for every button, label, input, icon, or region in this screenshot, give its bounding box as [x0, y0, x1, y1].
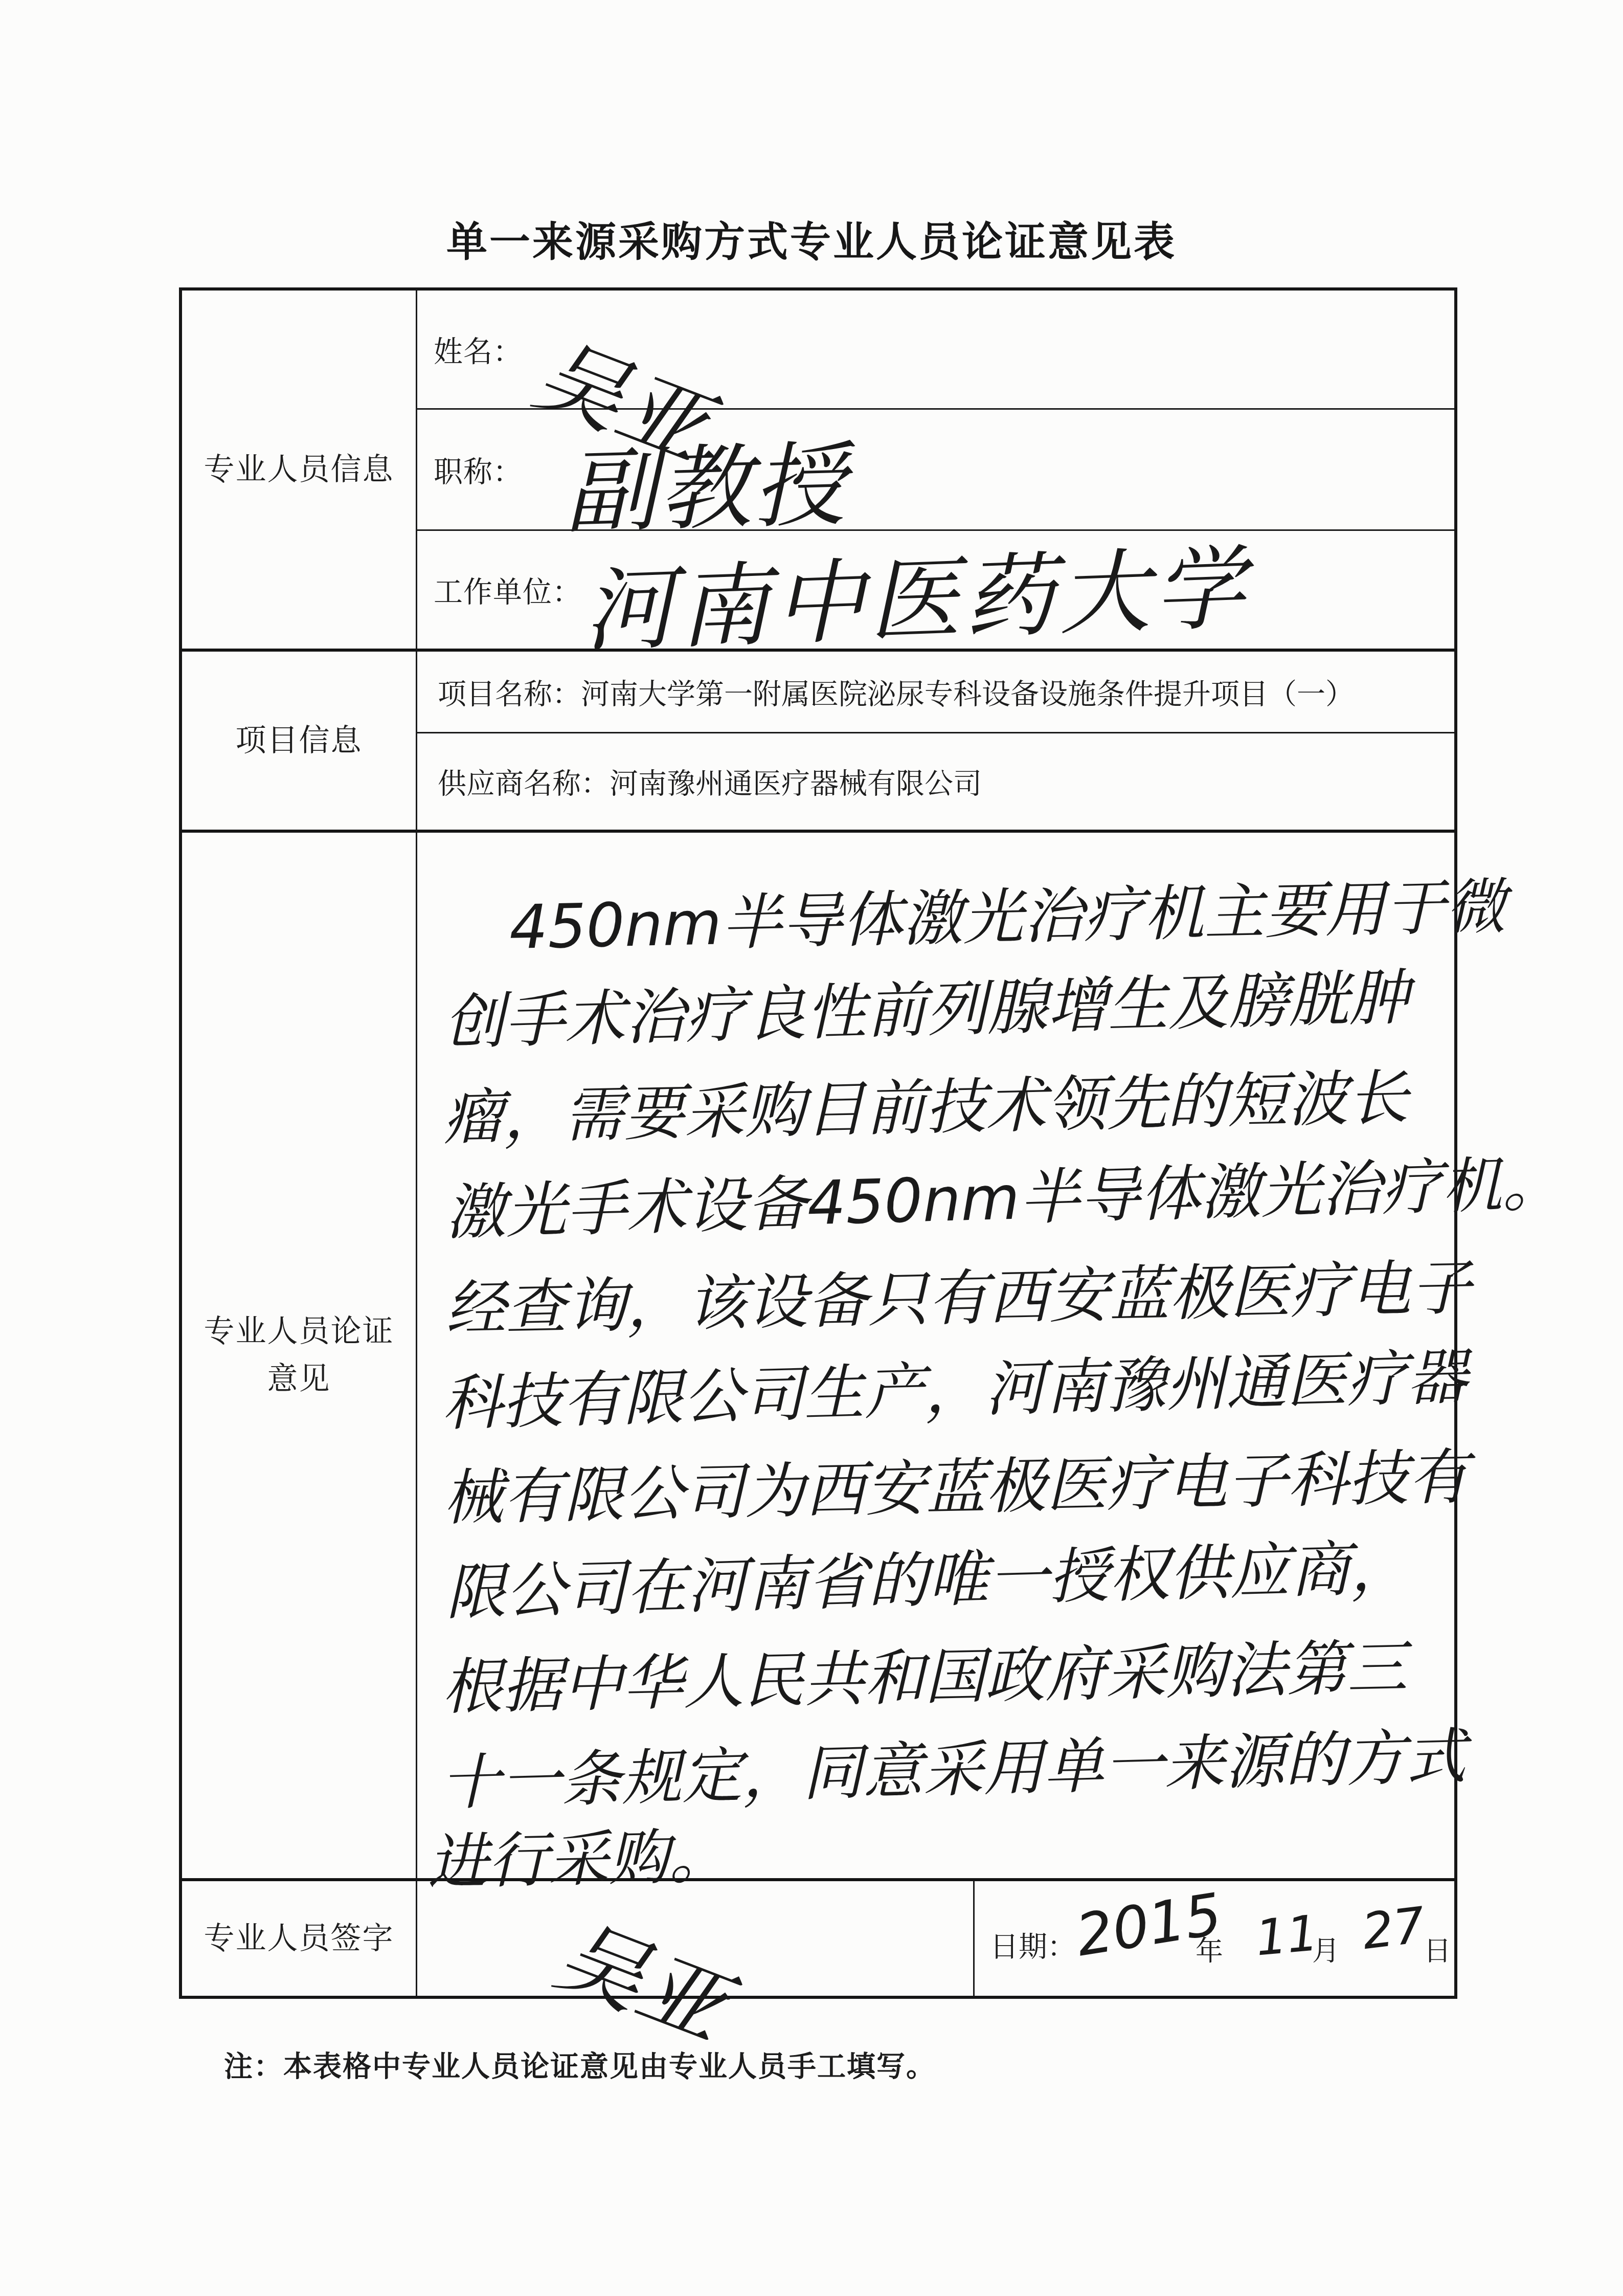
handwritten-opinion-line: 械有限公司为西安蓝极医疗电子科技有 [442, 1428, 1469, 1536]
field-label-project-name: 项目名称： [438, 672, 581, 712]
handwritten-opinion-line: 瘤，需要采购目前技术领先的短波长 [442, 1049, 1409, 1156]
handwritten-opinion-line: 经查询，该设备只有西安蓝极医疗电子 [444, 1239, 1472, 1347]
section-cell-personnel: 专业人员信息 [182, 291, 417, 652]
section-cell-project: 项目信息 [182, 652, 417, 833]
section-cell-opinion: 专业人员论证 意见 [182, 833, 417, 1881]
section-label-opinion-line2: 意见 [267, 1355, 331, 1403]
section-label-personnel: 专业人员信息 [182, 291, 416, 649]
handwritten-opinion-line: 创手术治疗良性前列腺增生及膀胱肿 [443, 949, 1410, 1061]
handwritten-opinion-line: 限公司在河南省的唯一授权供应商， [444, 1519, 1412, 1631]
supplier-name-row: 供应商名称：河南豫州通医疗器械有限公司 [417, 733, 1454, 830]
project-name-value: 河南大学第一附属医院泌尿专科设备设施条件提升项目（一） [581, 672, 1354, 712]
section-label-opinion: 专业人员论证 意见 [182, 833, 416, 1878]
field-label-date: 日期： [990, 1924, 1076, 1965]
date-day-unit: 日 [1424, 1929, 1451, 1969]
field-label-supplier-name: 供应商名称： [438, 761, 610, 802]
handwritten-opinion-line: 根据中华人民共和国政府采购法第三 [441, 1618, 1408, 1726]
cell-supplier-name: 供应商名称：河南豫州通医疗器械有限公司 [417, 733, 1454, 833]
handwritten-month: 11 [1253, 1904, 1320, 1967]
cell-opinion-text: 450nm半导体激光治疗机主要用于微 创手术治疗良性前列腺增生及膀胱肿 瘤，需要… [417, 833, 1454, 1881]
date-month-unit: 月 [1312, 1929, 1340, 1969]
cell-work-unit: 工作单位： 河南中医药大学 [417, 531, 1454, 652]
project-name-row: 项目名称：河南大学第一附属医院泌尿专科设备设施条件提升项目（一） [417, 652, 1454, 732]
handwritten-opinion-line: 科技有限公司生产，河南豫州通医疗器 [441, 1328, 1469, 1442]
cell-signature: 吴亚 [417, 1881, 975, 1996]
supplier-name-value: 河南豫州通医疗器械有限公司 [610, 761, 982, 802]
section-label-project: 项目信息 [182, 652, 416, 830]
handwritten-work-unit: 河南中医药大学 [581, 515, 1251, 669]
section-label-opinion-line1: 专业人员论证 [204, 1308, 394, 1355]
form-table: 专业人员信息 姓名： 吴亚 职称： 副教授 工作单位： 河南中医药大学 项目信息… [179, 287, 1457, 1999]
scanned-form-page: 单一来源采购方式专业人员论证意见表 专业人员信息 姓名： 吴亚 职称： 副教授 … [0, 0, 1623, 2296]
section-cell-signature: 专业人员签字 [182, 1881, 417, 1996]
footnote: 注：本表格中专业人员论证意见由专业人员手工填写。 [224, 2044, 936, 2085]
cell-job-title: 职称： 副教授 [417, 410, 1454, 531]
handwritten-opinion-line: 十一条规定，同意采用单一来源的方式 [439, 1708, 1467, 1821]
handwritten-signature: 吴亚 [542, 1887, 747, 2064]
document-title: 单一来源采购方式专业人员论证意见表 [0, 209, 1623, 268]
cell-name: 姓名： 吴亚 [417, 291, 1454, 410]
cell-date: 日期： 2015 年 11 月 27 日 [975, 1881, 1454, 1996]
handwritten-day: 27 [1359, 1896, 1428, 1960]
cell-project-name: 项目名称：河南大学第一附属医院泌尿专科设备设施条件提升项目（一） [417, 652, 1454, 733]
date-year-unit: 年 [1196, 1929, 1223, 1969]
section-label-signature: 专业人员签字 [182, 1881, 416, 1996]
